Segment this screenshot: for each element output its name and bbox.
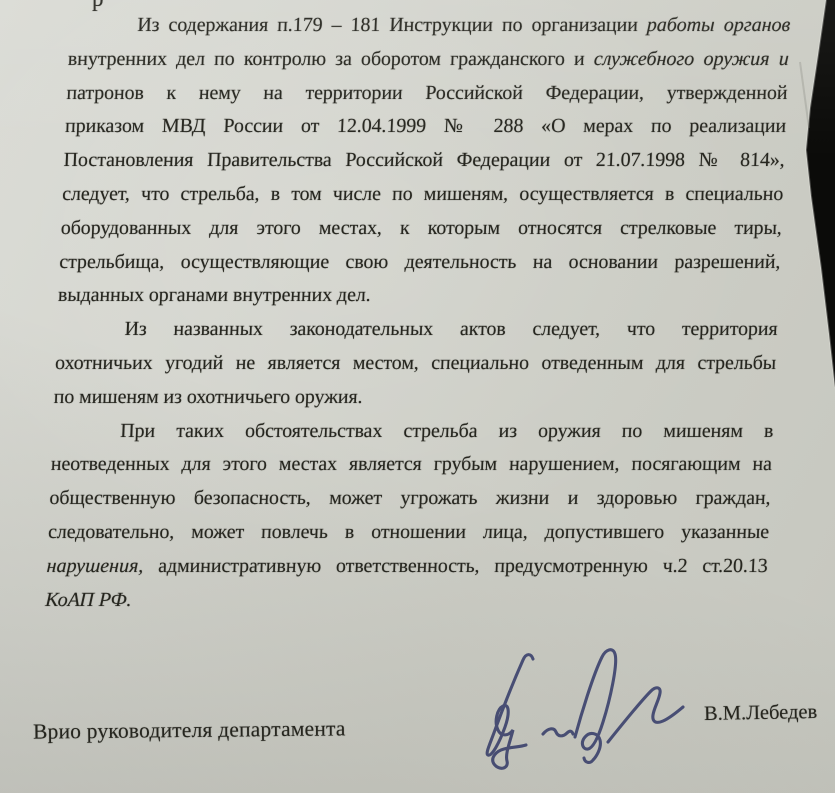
text-line: При таких обстоятельствах стрельба из ор… [52,415,774,449]
text-segment: оборудованных для этого местах, к которы… [60,217,782,239]
text-line: неотведенных для этого местах является г… [50,448,772,482]
text-segment: следовательно, может повлечь в отношении… [48,521,770,543]
text-segment: следует, что стрельба, в том числе по ми… [62,183,784,205]
text-line: выданных органами внутренних дел. [57,279,779,313]
text-segment: Из содержания п.179 – 181 Инструкции по … [137,14,648,36]
paragraph: При таких обстоятельствах стрельба из ор… [45,415,774,618]
text-segment: Из названных законодательных актов следу… [124,318,778,340]
text-line: приказом МВД России от 12.04.1999 № 288 … [64,110,786,144]
italic-text-segment: служебного оружия и [593,48,789,70]
text-segment: При таких обстоятельствах стрельба из ор… [120,420,774,442]
paragraph: Из названных законодательных актов следу… [53,313,778,414]
text-line: следует, что стрельба, в том числе по ми… [62,178,784,212]
paragraph: Из содержания п.179 – 181 Инструкции по … [57,9,791,313]
text-line: Из содержания п.179 – 181 Инструкции по … [69,9,791,43]
text-line: нарушения, административную ответственно… [46,550,768,584]
text-segment: административную ответственность, предус… [143,555,768,577]
document-photo: Из содержания п.179 – 181 Инструкции по … [0,0,835,793]
signer-name: В.М.Лебедев [704,701,818,726]
text-line: патронов к нему на территории Российской… [66,77,788,111]
text-segment: выданных органами внутренних дел. [58,284,372,306]
italic-text-segment: КоАП РФ. [45,589,132,611]
text-segment: охотничьих угодий не является местом, сп… [55,352,777,374]
text-segment: внутренних дел по контролю за оборотом г… [67,48,594,70]
text-segment: неотведенных для этого местах является г… [50,453,772,475]
text-line: оборудованных для этого местах, к которы… [60,212,782,246]
text-segment: Постановления Правительства Российской Ф… [63,149,785,171]
text-line: стрельбища, осуществляющие свою деятельн… [59,246,781,280]
text-line: охотничьих угодий не является местом, сп… [54,347,776,381]
text-line: следовательно, может повлечь в отношении… [47,516,769,550]
text-segment: стрельбища, осуществляющие свою деятельн… [59,251,781,273]
text-line: Из названных законодательных актов следу… [56,313,778,347]
cropped-text-fragment: р [92,0,104,12]
italic-text-segment: работы органов [646,14,790,36]
text-line: КоАП РФ. [45,584,767,618]
text-segment: патронов к нему на территории Российской… [66,82,788,104]
signature-ink [455,626,695,778]
text-line: внутренних дел по контролю за оборотом г… [67,43,789,77]
letter-body: Из содержания п.179 – 181 Инструкции по … [0,9,835,617]
signer-position-title: Врио руководителя департамента [33,716,346,744]
italic-text-segment: нарушения, [46,555,144,577]
text-segment: общественную безопасность, может угрожат… [49,487,771,509]
text-line: общественную безопасность, может угрожат… [49,482,771,516]
text-segment: приказом МВД России от 12.04.1999 № 288 … [65,115,787,137]
text-line: по мишеням из охотничьего оружия. [53,381,775,415]
text-segment: по мишеням из охотничьего оружия. [53,386,363,408]
text-line: Постановления Правительства Российской Ф… [63,144,785,178]
